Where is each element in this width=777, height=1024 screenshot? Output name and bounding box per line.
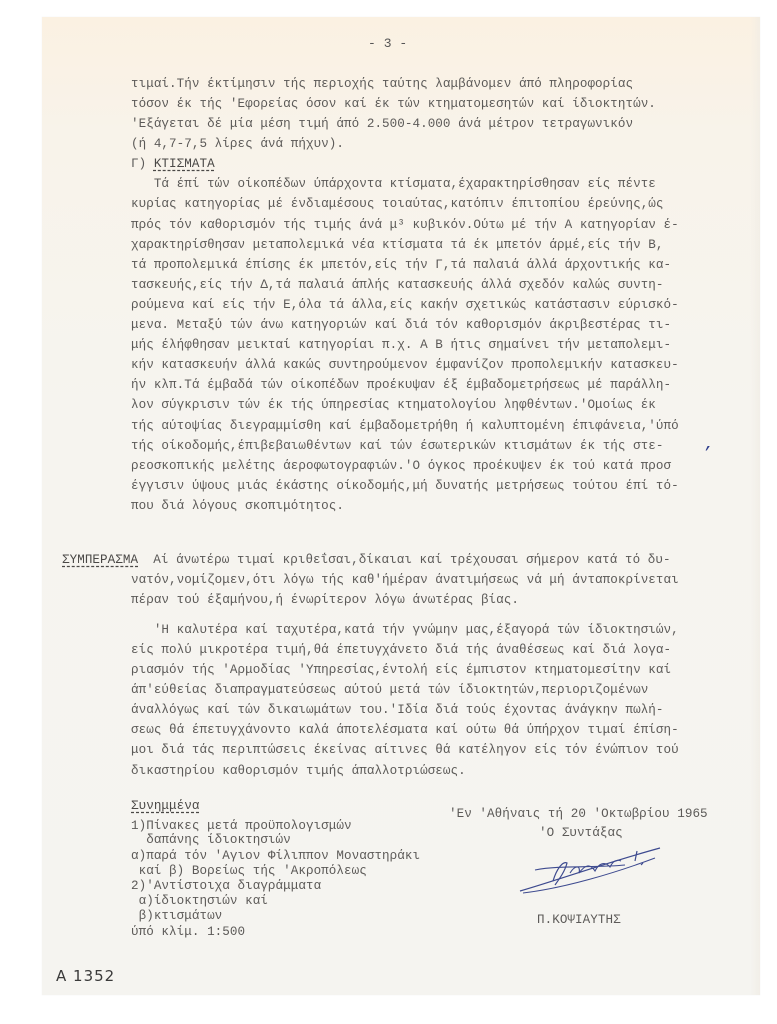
text-line: τόσον έκ τής 'Εφορείας όσον καί έκ τών κ… [131, 96, 656, 112]
text-line: πέραν τού έξαμήνου,ή ένωρίτερον λόγω άνω… [131, 592, 519, 608]
attachment-item: καί β) Βορείως τής 'Ακροπόλεως [131, 863, 367, 879]
text-line: τιμαί.Τήν έκτίμησιν τής περιοχής ταύτης … [131, 76, 633, 92]
text-line: κυρίας κατηγορίας μέ ένδιαμέσους τοιαύτα… [131, 196, 664, 212]
signature-icon [515, 843, 665, 898]
section-label: Γ) [131, 157, 154, 171]
text-line: πρός τόν καθορισμόν τής τιμής άνά μ³ κυβ… [131, 217, 679, 233]
page-number: - 3 - [368, 36, 407, 52]
place-date: 'Εν 'Αθήναις τή 20 'Οκτωβρίου 1965 [449, 806, 708, 822]
text-line: είς πολύ μικροτέρα τιμή,θά έπετυγχάνετο … [131, 642, 671, 658]
text-line: ρούμενα καί είς τήν Ε,όλα τά άλλα,είς κα… [131, 297, 679, 313]
attachment-item: ύπό κλίμ. 1:500 [131, 924, 245, 940]
author-name: Π.ΚΟΨΙΑΥΤΗΣ [537, 912, 621, 928]
text-line: κήν κατασκευήν άλλά κακώς συντηρούμενον … [131, 357, 679, 373]
text-line: σεως θά έπετυγχάνοντο καλά άποτελέσματα … [131, 722, 679, 738]
text-line: που διά λόγους σκοπιμότητος. [131, 498, 344, 514]
conclusion-first-line: ΣΥΜΠΕΡΑΣΜΑ Αί άνωτέρω τιμαί κριθεΐσαι,δί… [62, 552, 671, 568]
attachment-item: α)ίδιοκτησιών καί [131, 893, 268, 909]
section-heading: Γ) ΚΤΙΣΜΑΤΑ [131, 156, 215, 172]
text-line: χαρακτηρίσθησαν μεταπολεμικά νέα κτίσματ… [131, 237, 664, 253]
author-role: 'Ο Συντάξας [539, 825, 623, 841]
text-line: δικαστηρίου καθορισμόν τιμής άπαλλοτριώσ… [131, 763, 466, 779]
text-line: τασκευής,είς τήν Δ,τά παλαιά άπλής κατασ… [131, 277, 664, 293]
archive-code: A 1352 [56, 967, 115, 985]
text-line: μοι διά τάς περιπτώσεις έκείνας αίτινες … [131, 742, 679, 758]
text-line: μής έλήφθησαν μεικταί κατηγορίαι π.χ. Α … [131, 337, 671, 353]
text-line: Τά έπί τών οίκοπέδων ύπάρχοντα κτίσματα,… [131, 176, 656, 192]
text-line: μενα. Μεταξύ τών άνω κατηγοριών καί διά … [131, 317, 671, 333]
text-line: άναλλόγως καί τών δικαιωμάτων του.'Ιδία … [131, 702, 664, 718]
text-line: έγγισιν ύψους μιάς έκάστης οίκοδομής,μή … [131, 478, 679, 494]
text-line: άπ'εύθείας διαπραγματεύσεως αύτού μετά τ… [131, 682, 648, 698]
text-line: ήν κλπ.Τά έμβαδά τών οίκοπέδων προέκυψαν… [131, 377, 671, 393]
text-line: 'Η καλυτέρα καί ταχυτέρα,κατά τήν γνώμην… [131, 622, 679, 638]
attachment-item: α)παρά τόν 'Αγιον Φίλιππον Μοναστηράκι [131, 848, 420, 864]
attachment-item: β)κτισμάτων [131, 908, 222, 924]
conclusion-heading: ΣΥΜΠΕΡΑΣΜΑ [62, 553, 138, 567]
text-line: ριασμόν τής 'Αρμοδίας 'Υπηρεσίας,έντολή … [131, 662, 671, 678]
attachment-item: δαπάνης ίδιοκτησιών [131, 832, 291, 848]
text-line: λον σύγκρισιν τών έκ τής ύπηρεσίας κτημα… [131, 397, 656, 413]
text-line: Αί άνωτέρω τιμαί κριθεΐσαι,δίκαιαι καί τ… [153, 553, 670, 567]
text-line: τά προπολεμικά έπίσης έκ μπετόν,είς τήν … [131, 257, 671, 273]
section-title-ktismata: ΚΤΙΣΜΑΤΑ [154, 157, 215, 171]
text-line: ρεοσκοπικής μελέτης άεροφωτογραφιών.'Ο ό… [131, 458, 671, 474]
attachments-heading: Συνημμένα [131, 798, 199, 814]
text-line: τής οίκοδομής,έπιβεβαιωθέντων καί τών έσ… [131, 438, 664, 454]
handwritten-correction-mark: , [705, 437, 713, 453]
text-line: (ή 4,7-7,5 λίρες άνά πήχυν). [131, 136, 344, 152]
attachment-item: 2)'Αντίστοιχα διαγράμματα [131, 878, 321, 894]
text-line: τής αύτοψίας διεγραμμίσθη καί έμβαδομετρ… [131, 418, 679, 434]
text-line: νατόν,νομίζομεν,ότι λόγω τής καθ'ήμέραν … [131, 572, 679, 588]
text-line: 'Εξάγεται δέ μία μέση τιμή άπό 2.500-4.0… [131, 116, 633, 132]
